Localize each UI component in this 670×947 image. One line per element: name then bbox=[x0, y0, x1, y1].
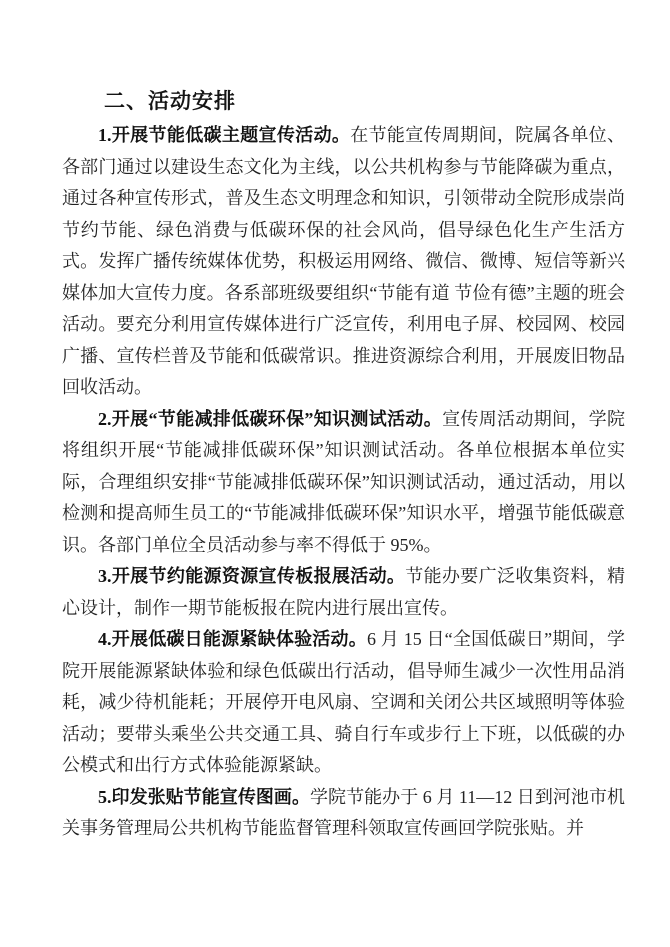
paragraph-activity-5-lead: 5.印发张贴节能宣传图画。 bbox=[98, 787, 310, 807]
paragraph-activity-1-body: 在节能宣传周期间，院属各单位、各部门通过以建设生态文化为主线，以公共机构参与节能… bbox=[62, 125, 625, 397]
paragraph-activity-4-lead: 4.开展低碳日能源紧缺体验活动。 bbox=[98, 629, 367, 649]
paragraph-activity-4: 4.开展低碳日能源紧缺体验活动。6 月 15 日“全国低碳日”期间，学院开展能源… bbox=[62, 624, 625, 782]
section-heading: 二、活动安排 bbox=[62, 84, 625, 120]
paragraph-activity-1-lead: 1.开展节能低碳主题宣传活动。 bbox=[98, 125, 350, 145]
document-content: 二、活动安排 1.开展节能低碳主题宣传活动。在节能宣传周期间，院属各单位、各部门… bbox=[62, 84, 625, 845]
paragraph-activity-1: 1.开展节能低碳主题宣传活动。在节能宣传周期间，院属各单位、各部门通过以建设生态… bbox=[62, 120, 625, 404]
paragraph-activity-2-body: 宣传周活动期间，学院将组织开展“节能减排低碳环保”知识测试活动。各单位根据本单位… bbox=[62, 409, 625, 555]
paragraph-activity-3: 3.开展节约能源资源宣传板报展活动。节能办要广泛收集资料，精心设计，制作一期节能… bbox=[62, 561, 625, 624]
paragraph-activity-2: 2.开展“节能减排低碳环保”知识测试活动。宣传周活动期间，学院将组织开展“节能减… bbox=[62, 404, 625, 562]
paragraph-activity-3-lead: 3.开展节约能源资源宣传板报展活动。 bbox=[98, 566, 405, 586]
paragraph-activity-4-body: 6 月 15 日“全国低碳日”期间，学院开展能源紧缺体验和绿色低碳出行活动，倡导… bbox=[62, 629, 625, 775]
paragraph-activity-5: 5.印发张贴节能宣传图画。学院节能办于 6 月 11—12 日到河池市机关事务管… bbox=[62, 782, 625, 845]
paragraph-activity-2-lead: 2.开展“节能减排低碳环保”知识测试活动。 bbox=[98, 409, 442, 429]
document-page: 二、活动安排 1.开展节能低碳主题宣传活动。在节能宣传周期间，院属各单位、各部门… bbox=[0, 0, 670, 947]
